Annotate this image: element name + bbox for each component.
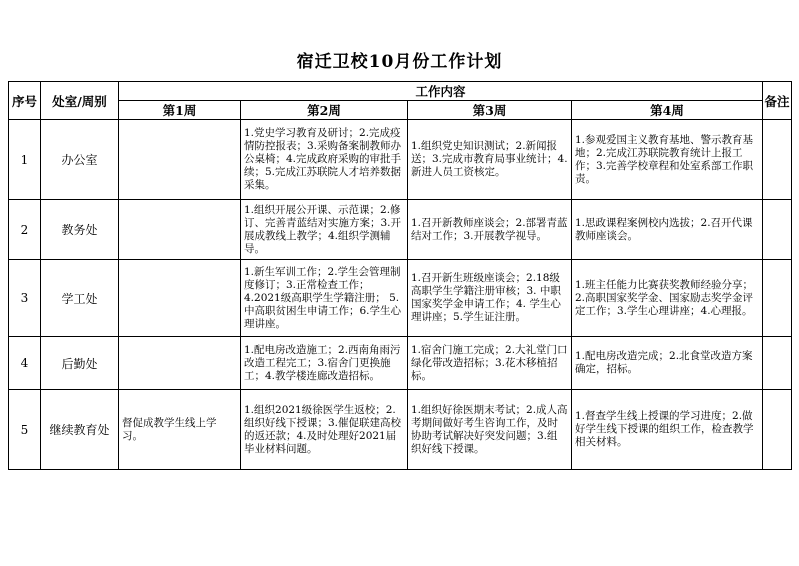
- week2-cell: 1.新生军训工作；2.学生会管理制度修订；3.正常检查工作；4.2021级高职学…: [241, 260, 408, 337]
- week4-cell: 1.班主任能力比赛获奖教师经验分享；2.高职国家奖学金、国家励志奖学金评定工作；…: [572, 260, 763, 337]
- col-header-dept: 处室/周别: [41, 82, 119, 120]
- week1-cell: [119, 120, 241, 200]
- col-header-remarks: 备注: [763, 82, 792, 120]
- week1-cell: 督促成教学生线上学习。: [119, 390, 241, 470]
- week2-cell: 1.党史学习教育及研讨；2.完成疫情防控报表；3.采购备案制教师办公桌椅；4.完…: [241, 120, 408, 200]
- col-header-seq: 序号: [9, 82, 41, 120]
- week1-cell: [119, 200, 241, 260]
- table-row-office: 1 办公室 1.党史学习教育及研讨；2.完成疫情防控报表；3.采购备案制教师办公…: [9, 120, 792, 200]
- header-row-top: 序号 处室/周别 工作内容 备注: [9, 82, 792, 101]
- week1-cell: [119, 337, 241, 390]
- week2-cell: 1.配电房改造施工；2.西南角雨污改造工程完工；3.宿舍门更换施工；4.教学楼连…: [241, 337, 408, 390]
- week1-cell: [119, 260, 241, 337]
- col-header-week2: 第2周: [241, 101, 408, 120]
- page-title: 宿迁卫校10月份工作计划: [0, 0, 799, 81]
- week3-cell: 1.召开新生班级座谈会；2.18级高职学生学籍注册审核；3. 中职国家奖学金申请…: [408, 260, 572, 337]
- table-row-logistics: 4 后勤处 1.配电房改造施工；2.西南角雨污改造工程完工；3.宿舍门更换施工；…: [9, 337, 792, 390]
- remarks-cell: [763, 337, 792, 390]
- work-plan-table: 序号 处室/周别 工作内容 备注 第1周 第2周 第3周 第4周 1 办公室 1…: [8, 81, 792, 470]
- remarks-cell: [763, 390, 792, 470]
- week3-cell: 1.召开新教师座谈会；2.部署青蓝结对工作；3.开展教学视导。: [408, 200, 572, 260]
- row-seq: 4: [9, 337, 41, 390]
- week3-cell: 1.宿舍门施工完成；2.大礼堂门口绿化带改造招标；3.花木移植招标。: [408, 337, 572, 390]
- row-seq: 5: [9, 390, 41, 470]
- row-seq: 1: [9, 120, 41, 200]
- week4-cell: 1.配电房改造完成；2.北食堂改造方案确定，招标。: [572, 337, 763, 390]
- week2-cell: 1.组织2021级徐医学生返校；2.组织好线下授课；3.催促联建高校的返还款；4…: [241, 390, 408, 470]
- week2-cell: 1.组织开展公开课、示范课；2.修订、完善青蓝结对实施方案；3.开展成教线上教学…: [241, 200, 408, 260]
- week4-cell: 1.参观爱国主义教育基地、警示教育基地；2.完成江苏联院教育统计上报工作；3.完…: [572, 120, 763, 200]
- header-row-weeks: 第1周 第2周 第3周 第4周: [9, 101, 792, 120]
- document-page: { "title": "宿迁卫校10月份工作计划", "table": { "h…: [0, 0, 799, 566]
- week4-cell: 1.督查学生线上授课的学习进度；2.做好学生线下授课的组织工作，检查教学相关材料…: [572, 390, 763, 470]
- remarks-cell: [763, 260, 792, 337]
- col-header-week1: 第1周: [119, 101, 241, 120]
- week4-cell: 1.思政课程案例校内选拔；2.召开代课教师座谈会。: [572, 200, 763, 260]
- row-dept: 继续教育处: [41, 390, 119, 470]
- col-header-week4: 第4周: [572, 101, 763, 120]
- table-row-academic: 2 教务处 1.组织开展公开课、示范课；2.修订、完善青蓝结对实施方案；3.开展…: [9, 200, 792, 260]
- row-dept: 教务处: [41, 200, 119, 260]
- remarks-cell: [763, 120, 792, 200]
- week3-cell: 1.组织党史知识测试；2.新闻报送；3.完成市教育局事业统计；4.新进人员工资核…: [408, 120, 572, 200]
- col-header-work-content: 工作内容: [119, 82, 763, 101]
- row-seq: 3: [9, 260, 41, 337]
- row-seq: 2: [9, 200, 41, 260]
- row-dept: 办公室: [41, 120, 119, 200]
- remarks-cell: [763, 200, 792, 260]
- week3-cell: 1.组织好徐医期末考试；2.成人高考期间做好考生咨询工作，及时协助考试解决好突发…: [408, 390, 572, 470]
- table-row-student: 3 学工处 1.新生军训工作；2.学生会管理制度修订；3.正常检查工作；4.20…: [9, 260, 792, 337]
- table-row-continuing-edu: 5 继续教育处 督促成教学生线上学习。 1.组织2021级徐医学生返校；2.组织…: [9, 390, 792, 470]
- row-dept: 后勤处: [41, 337, 119, 390]
- row-dept: 学工处: [41, 260, 119, 337]
- col-header-week3: 第3周: [408, 101, 572, 120]
